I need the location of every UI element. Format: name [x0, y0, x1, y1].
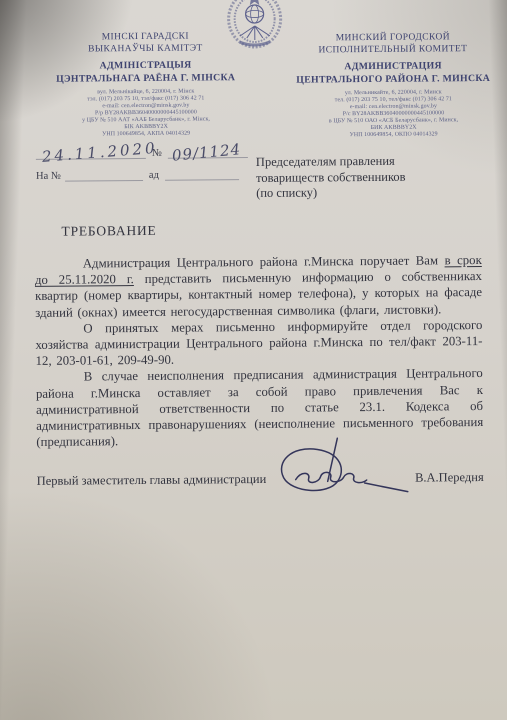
reference-block: 24.11.2020 № 09/1124 На № ад [36, 140, 248, 182]
letter-sheet: МІНСКІ ГАРАДСКІ ВЫКАНАЎЧЫ КАМІТЭТ АДМІНІ… [0, 0, 507, 720]
paragraph-1: Администрация Центрального района г.Минс… [35, 252, 483, 321]
reply-from-label: ад [149, 170, 159, 181]
org-left-name2: ЦЭНТРАЛЬНАГА РАЁНА Г. МІНСКА [33, 71, 258, 85]
org-right-name2: ЦЕНТРАЛЬНОГО РАЙОНА Г. МИНСКА [286, 72, 500, 86]
reply-to-label: На № [36, 171, 61, 182]
addressee-block: Председателям правления товариществ собс… [256, 153, 466, 201]
document-body: Администрация Центрального района г.Минс… [35, 252, 484, 450]
handwritten-date: 24.11.2020 [41, 139, 158, 166]
number-field: 09/1124 [168, 141, 248, 159]
reply-date-field [165, 163, 239, 181]
document-title: ТРЕБОВАНИЕ [61, 223, 156, 240]
addressee-line1: Председателям правления [256, 153, 466, 170]
letterhead-right-details: ул. Мельникайте, 6, 220004, г. Минск тел… [286, 89, 500, 140]
paragraph-2: О принятых мерах письменно информируйте … [35, 317, 482, 370]
letterhead-left: МІНСКІ ГАРАДСКІ ВЫКАНАЎЧЫ КАМІТЭТ АДМІНІ… [33, 30, 259, 139]
document-photo: МІНСКІ ГАРАДСКІ ВЫКАНАЎЧЫ КАМІТЭТ АДМІНІ… [0, 0, 507, 720]
date-field: 24.11.2020 [36, 142, 146, 160]
detail-line: УНП 100649854, АКПА 04014329 [34, 130, 259, 139]
reply-number-field [65, 164, 143, 182]
letterhead-left-details: вул. Мельнікайце, 6, 220004, г. Мінск тэ… [33, 88, 258, 139]
signature-scribble [259, 437, 410, 513]
signoff-name: В.А.Передня [415, 470, 484, 486]
p1-start: Администрация Центрального района г.Минс… [83, 253, 438, 270]
signoff-position: Первый заместитель главы администрации [37, 472, 267, 488]
addressee-line2: товариществ собственников [256, 169, 466, 186]
org-left-line2: ВЫКАНАЎЧЫ КАМІТЭТ [33, 42, 258, 56]
handwritten-number: 09/1124 [171, 140, 242, 165]
letterhead-right: МИНСКИЙ ГОРОДСКОЙ ИСПОЛНИТЕЛЬНЫЙ КОМИТЕТ… [286, 31, 501, 140]
addressee-line3: (по списку) [256, 184, 466, 201]
detail-line: УНП 100649854, ОКПО 04014329 [287, 131, 501, 140]
org-right-line2: ИСПОЛНИТЕЛЬНЫЙ КОМИТЕТ [286, 43, 500, 57]
